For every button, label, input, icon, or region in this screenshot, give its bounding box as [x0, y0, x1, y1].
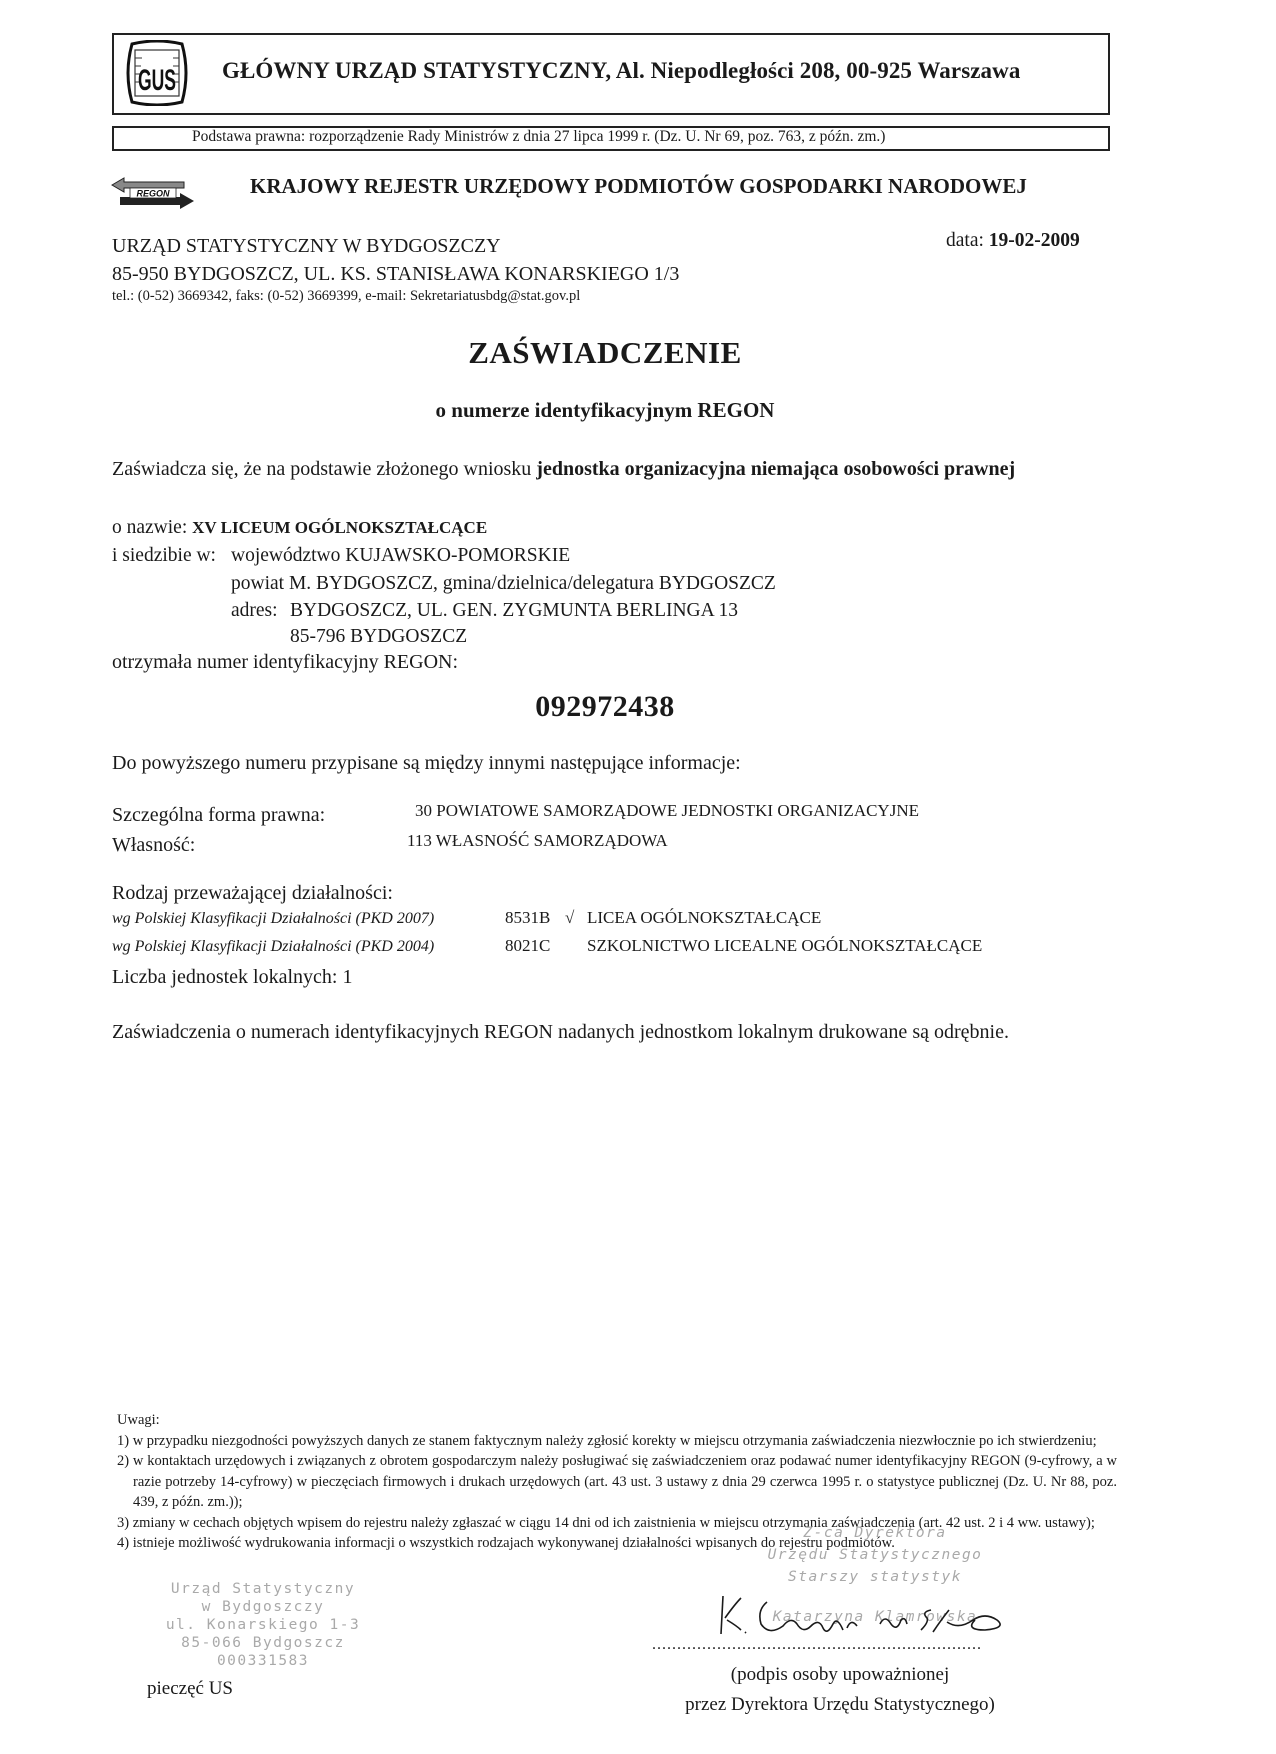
address-label: adres:	[231, 600, 278, 622]
notes-heading: Uwagi:	[117, 1410, 1117, 1431]
entity-name-row: o nazwie: XV LICEUM OGÓLNOKSZTAŁCĄCE	[112, 517, 487, 539]
legal-basis-text: Podstawa prawna: rozporządzenie Rady Min…	[192, 128, 885, 146]
document-subtitle: o numerze identyfikacyjnym REGON	[0, 398, 1210, 423]
pkd-2004-label: wg Polskiej Klasyfikacji Działalności (P…	[112, 938, 434, 956]
signature-caption-line: (podpis osoby upoważnionej	[650, 1660, 1030, 1690]
office-name: URZĄD STATYSTYCZNY W BYDGOSZCZY	[112, 232, 679, 260]
legal-form-label: Szczególna forma prawna:	[112, 804, 325, 827]
entity-type: jednostka organizacyjna niemająca osobow…	[536, 458, 1015, 480]
signature-caption: (podpis osoby upoważnionej przez Dyrekto…	[650, 1660, 1030, 1720]
address-line-1: BYDGOSZCZ, UL. GEN. ZYGMUNTA BERLINGA 13	[290, 600, 738, 622]
statement-text: Zaświadcza się, że na podstawie złożoneg…	[112, 458, 536, 480]
note-item: 2) w kontaktach urzędowych i związanych …	[117, 1451, 1117, 1513]
received-label: otrzymała numer identyfikacyjny REGON:	[112, 651, 458, 674]
closing-statement: Zaświadczenia o numerach identyfikacyjny…	[112, 1017, 1120, 1047]
certification-statement: Zaświadcza się, że na podstawie złożoneg…	[112, 455, 1120, 483]
regon-number: 092972438	[0, 690, 1210, 724]
stamp-line: Urzędu Statystycznego	[725, 1544, 1025, 1566]
office-address: 85-950 BYDGOSZCZ, UL. KS. STANISŁAWA KON…	[112, 260, 679, 288]
gus-logo-icon: GUS	[122, 40, 192, 106]
stamp-caption: pieczęć US	[147, 1678, 233, 1700]
ownership-label: Własność:	[112, 834, 195, 857]
voivodeship: województwo KUJAWSKO-POMORSKIE	[231, 545, 570, 567]
pkd-2004-code: 8021C	[505, 936, 550, 956]
stamp-line: ul. Konarskiego 1-3	[128, 1616, 398, 1634]
document-title: ZAŚWIADCZENIE	[0, 335, 1210, 371]
date-value: 19-02-2009	[989, 230, 1080, 251]
pkd-2007-label: wg Polskiej Klasyfikacji Działalności (P…	[112, 910, 434, 928]
registry-title: KRAJOWY REJESTR URZĘDOWY PODMIOTÓW GOSPO…	[250, 174, 1027, 199]
signature-caption-line: przez Dyrektora Urzędu Statystycznego)	[650, 1690, 1030, 1720]
entity-name-label: o nazwie:	[112, 517, 187, 538]
stamp-line: Urząd Statystyczny	[128, 1580, 398, 1598]
issue-date: data: 19-02-2009	[946, 230, 1080, 252]
stamp-line: 000331583	[128, 1652, 398, 1670]
stamp-line: Z-ca Dyrektora	[725, 1522, 1025, 1544]
seat-label: i siedzibie w:	[112, 545, 216, 567]
issuing-office: URZĄD STATYSTYCZNY W BYDGOSZCZY 85-950 B…	[112, 232, 679, 288]
office-contact: tel.: (0-52) 3669342, faks: (0-52) 36693…	[112, 288, 580, 305]
activity-label: Rodzaj przeważającej działalności:	[112, 882, 393, 905]
district: powiat M. BYDGOSZCZ, gmina/dzielnica/del…	[231, 573, 776, 595]
date-label: data:	[946, 230, 984, 251]
office-stamp: Urząd Statystyczny w Bydgoszczy ul. Kona…	[128, 1580, 398, 1670]
address-line-2: 85-796 BYDGOSZCZ	[290, 626, 467, 648]
info-intro: Do powyższego numeru przypisane są międz…	[112, 752, 741, 775]
pkd-2007-code: 8531B	[505, 908, 550, 928]
local-units-count: Liczba jednostek lokalnych: 1	[112, 966, 352, 989]
ownership-value: 113 WŁASNOŚĆ SAMORZĄDOWA	[407, 831, 668, 851]
stamp-line: 85-066 Bydgoszcz	[128, 1634, 398, 1652]
pkd-2007-description: LICEA OGÓLNOKSZTAŁCĄCE	[587, 908, 821, 928]
pkd-2004-description: SZKOLNICTWO LICEALNE OGÓLNOKSZTAŁCĄCE	[587, 936, 982, 956]
institution-title: GŁÓWNY URZĄD STATYSTYCZNY, Al. Niepodleg…	[222, 58, 1020, 84]
svg-text:GUS: GUS	[138, 64, 176, 97]
svg-text:REGON: REGON	[136, 189, 170, 199]
note-item: 1) w przypadku niezgodności powyższych d…	[117, 1431, 1117, 1452]
stamp-line: w Bydgoszczy	[128, 1598, 398, 1616]
entity-name-value: XV LICEUM OGÓLNOKSZTAŁCĄCE	[192, 518, 487, 537]
regon-logo-icon: REGON	[110, 175, 196, 211]
signature-line: ........................................…	[652, 1636, 1022, 1654]
stamp-line: Starszy statystyk	[725, 1566, 1025, 1588]
check-mark-icon: √	[565, 908, 574, 928]
legal-form-value: 30 POWIATOWE SAMORZĄDOWE JEDNOSTKI ORGAN…	[415, 801, 919, 821]
